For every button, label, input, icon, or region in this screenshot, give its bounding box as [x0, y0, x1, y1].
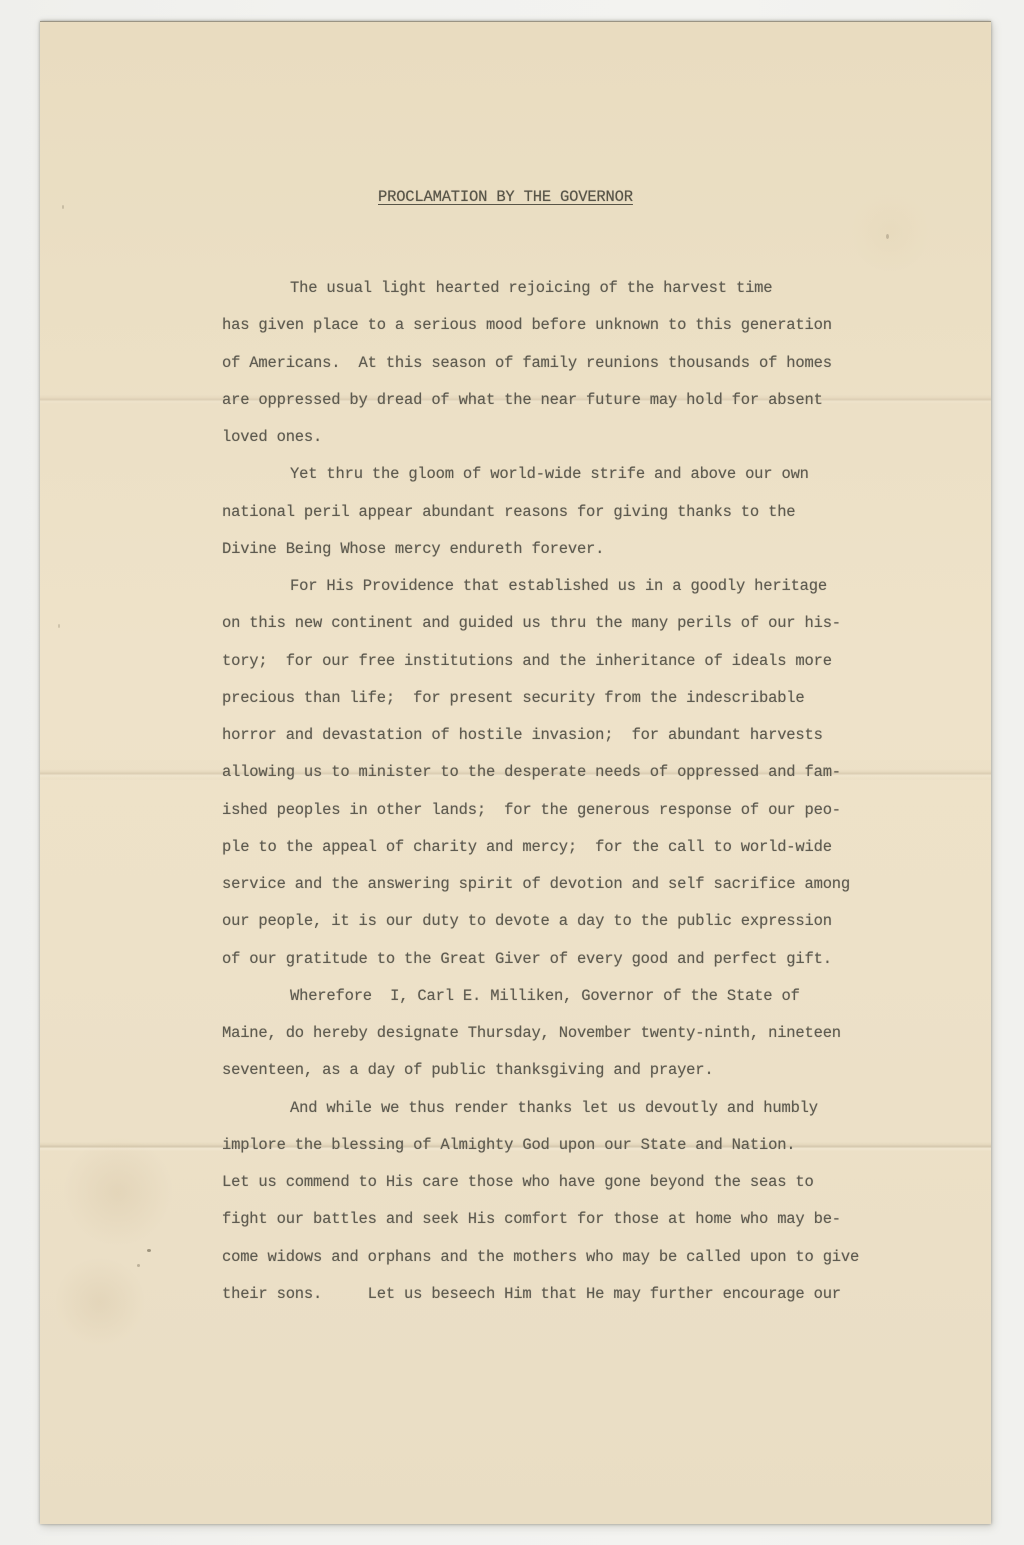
text-line: of Americans. At this season of family r…: [222, 345, 942, 382]
paper-speck: [62, 205, 64, 209]
text-line: Let us commend to His care those who hav…: [222, 1164, 942, 1201]
paper-speck: [147, 1249, 151, 1252]
text-line: Yet thru the gloom of world-wide strife …: [222, 456, 942, 493]
text-line: seventeen, as a day of public thanksgivi…: [222, 1052, 942, 1089]
paragraph: Wherefore I, Carl E. Milliken, Governor …: [222, 978, 942, 1090]
text-line: are oppressed by dread of what the near …: [222, 382, 942, 419]
text-line: tory; for our free institutions and the …: [222, 643, 942, 680]
text-line: our people, it is our duty to devote a d…: [222, 903, 942, 940]
paragraph: For His Providence that established us i…: [222, 568, 942, 978]
text-line: implore the blessing of Almighty God upo…: [222, 1127, 942, 1164]
paragraph: Yet thru the gloom of world-wide strife …: [222, 456, 942, 568]
text-line: precious than life; for present security…: [222, 680, 942, 717]
text-line: ple to the appeal of charity and mercy; …: [222, 829, 942, 866]
document-body: The usual light hearted rejoicing of the…: [222, 270, 942, 1313]
document-title: PROCLAMATION BY THE GOVERNOR: [378, 188, 633, 207]
text-line: service and the answering spirit of devo…: [222, 866, 942, 903]
text-line: loved ones.: [222, 419, 942, 456]
text-line: Divine Being Whose mercy endureth foreve…: [222, 531, 942, 568]
text-line: The usual light hearted rejoicing of the…: [222, 270, 942, 307]
text-line: their sons. Let us beseech Him that He m…: [222, 1276, 942, 1313]
text-line: national peril appear abundant reasons f…: [222, 494, 942, 531]
text-line: on this new continent and guided us thru…: [222, 605, 942, 642]
paragraph: The usual light hearted rejoicing of the…: [222, 270, 942, 456]
paper-speck: [886, 234, 889, 239]
text-line: has given place to a serious mood before…: [222, 307, 942, 344]
paper-speck: [58, 624, 60, 628]
text-line: come widows and orphans and the mothers …: [222, 1239, 942, 1276]
document-paper: PROCLAMATION BY THE GOVERNOR The usual l…: [40, 21, 991, 1524]
text-line: allowing us to minister to the desperate…: [222, 754, 942, 791]
paper-speck: [137, 1264, 140, 1267]
text-line: of our gratitude to the Great Giver of e…: [222, 941, 942, 978]
text-line: ished peoples in other lands; for the ge…: [222, 792, 942, 829]
text-line: horror and devastation of hostile invasi…: [222, 717, 942, 754]
text-line: For His Providence that established us i…: [222, 568, 942, 605]
text-line: Wherefore I, Carl E. Milliken, Governor …: [222, 978, 942, 1015]
paragraph: And while we thus render thanks let us d…: [222, 1090, 942, 1314]
text-line: Maine, do hereby designate Thursday, Nov…: [222, 1015, 942, 1052]
text-line: fight our battles and seek His comfort f…: [222, 1201, 942, 1238]
text-line: And while we thus render thanks let us d…: [222, 1090, 942, 1127]
